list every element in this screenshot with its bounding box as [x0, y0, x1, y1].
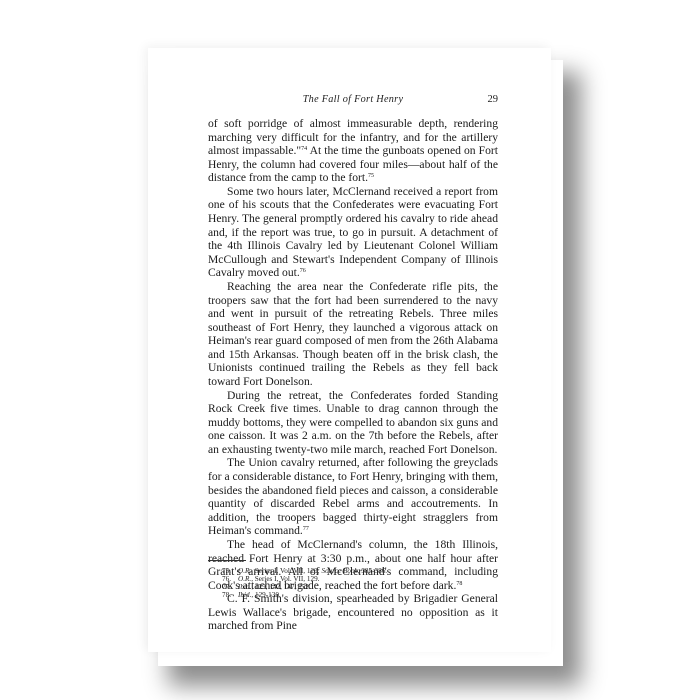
footnote: 76.O.R., Series I, Vol. VII, 129.	[222, 575, 498, 583]
footnote-number: 76.	[222, 575, 238, 583]
footnote-text: , Series I, Vol. VII, 129;	[251, 567, 321, 575]
footnote: 75.O.R., Series I, Vol. VII, 129; Source…	[222, 567, 498, 575]
footnote-citation-title: Ibid.	[238, 583, 251, 591]
running-head: The Fall of Fort Henry 29	[208, 94, 498, 108]
footnote-reference: 77	[303, 526, 309, 532]
footnotes: 75.O.R., Series I, Vol. VII, 129; Source…	[222, 567, 498, 599]
footnote-citation-title: O.R.	[238, 567, 251, 575]
paragraph-text: Some two hours later, McClernand receive…	[208, 185, 498, 279]
footnote-citation-title: Ibid.	[238, 591, 251, 599]
footnote-text: , 385-386.	[358, 567, 387, 575]
paragraph-text: Reaching the area near the Confederate r…	[208, 280, 498, 388]
running-title: The Fall of Fort Henry	[208, 94, 498, 105]
paragraph-text: During the retreat, the Confederates for…	[208, 389, 498, 456]
footnote: 78.Ibid., 129-130.	[222, 591, 498, 599]
footnote-text: , 129, 142, 147, 152.	[251, 583, 310, 591]
paragraph: of soft porridge of almost immeasurable …	[208, 117, 498, 185]
footnote-text: , 129-130.	[251, 591, 280, 599]
footnote-rule	[208, 560, 246, 561]
footnote-number: 77.	[222, 583, 238, 591]
footnote-citation-title: O.R.	[238, 575, 251, 583]
paragraph: Some two hours later, McClernand receive…	[208, 185, 498, 280]
footnote-number: 78.	[222, 591, 238, 599]
body-text: of soft porridge of almost immeasurable …	[208, 117, 498, 633]
paragraph: Reaching the area near the Confederate r…	[208, 280, 498, 389]
footnote-reference: 76	[300, 268, 306, 274]
footnote-reference: 75	[368, 173, 374, 179]
page-number: 29	[488, 94, 499, 105]
footnote: 77.Ibid., 129, 142, 147, 152.	[222, 583, 498, 591]
footnote-citation-title: Source Book	[321, 567, 357, 575]
footnote-number: 75.	[222, 567, 238, 575]
paragraph: During the retreat, the Confederates for…	[208, 389, 498, 457]
paragraph: The Union cavalry returned, after follow…	[208, 456, 498, 537]
book-page: The Fall of Fort Henry 29 of soft porrid…	[148, 48, 551, 652]
paragraph-text: The Union cavalry returned, after follow…	[208, 456, 498, 537]
footnote-text: , Series I, Vol. VII, 129.	[251, 575, 319, 583]
